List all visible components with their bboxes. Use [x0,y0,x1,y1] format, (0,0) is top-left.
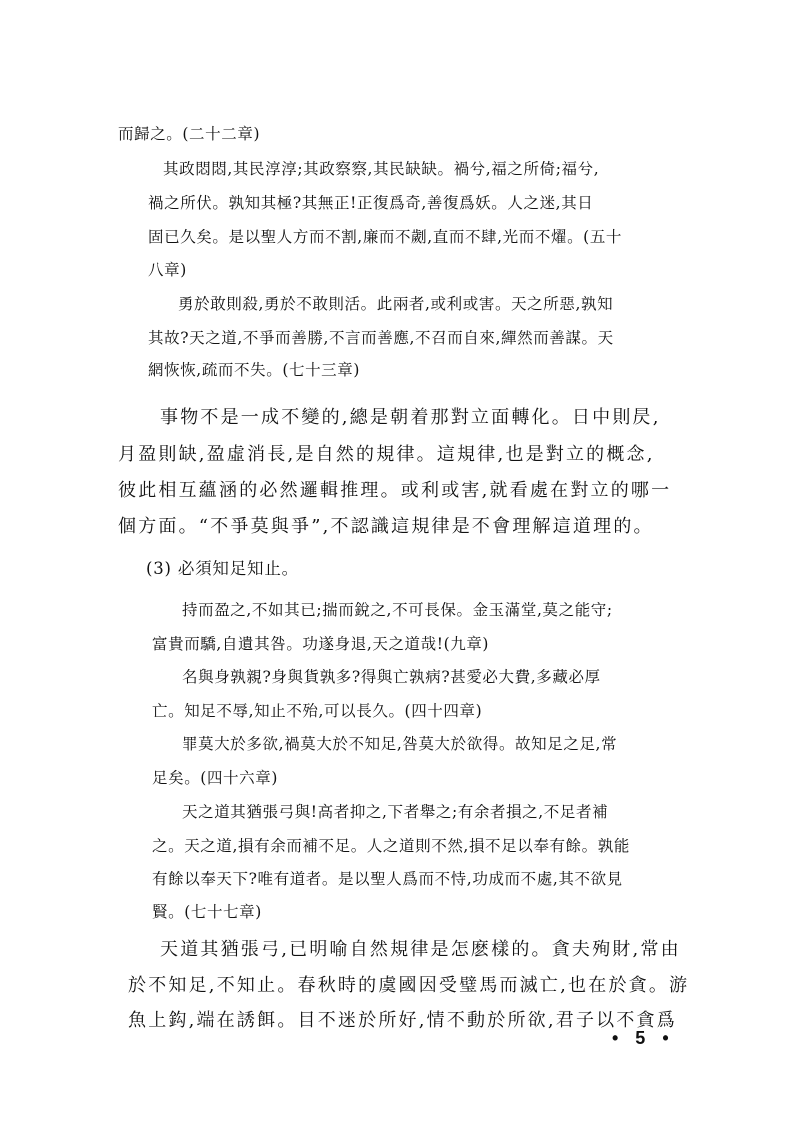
quote-line: 固已久矣。是以聖人方而不割,廉而不劌,直而不肆,光而不燿。(五十 [148,225,622,247]
prose-line: 個方面。“不爭莫與爭”,不認識這規律是不會理解這道理的。 [118,512,654,538]
quote-line: 天之道其猶張弓與!高者抑之,下者舉之;有余者損之,不足者補 [182,800,608,822]
quote-line: 八章) [148,258,187,280]
quote-line: 持而盈之,不如其已;揣而銳之,不可長保。金玉滿堂,莫之能守; [182,598,613,620]
quote-line: 賢。(七十七章) [152,900,262,922]
quote-line: 足矣。(四十六章) [152,766,278,788]
prose-line: 於不知足,不知止。春秋時的虞國因受璧馬而滅亡,也在於貪。游 [128,971,689,997]
quote-line: 名與身孰親?身與貨孰多?得與亡孰病?甚愛必大費,多藏必厚 [182,665,601,687]
quote-line: 而歸之。(二十二章) [118,122,260,144]
prose-line: 天道其猶張弓,已明喻自然規律是怎麽樣的。貪夫殉財,常由 [160,935,681,961]
quote-line: 其政悶悶,其民淳淳;其政察察,其民缺缺。禍兮,福之所倚;福兮, [163,157,599,179]
quote-line: 亡。知足不辱,知止不殆,可以長久。(四十四章) [152,699,482,721]
quote-line: 勇於敢則殺,勇於不敢則活。此兩者,或利或害。天之所惡,孰知 [178,292,613,314]
prose-line: 魚上鈎,端在誘餌。目不迷於所好,情不動於所欲,君子以不貪爲 [128,1006,677,1032]
quote-line: 之。天之道,損有余而補不足。人之道則不然,損不足以奉有餘。孰能 [152,834,630,856]
page-number: • 5 • [612,1028,675,1049]
prose-line: 彼此相互蘊涵的必然邏輯推理。或利或害,就看處在對立的哪一 [118,476,671,502]
quote-line: 禍之所伏。孰知其極?其無正!正復爲奇,善復爲妖。人之迷,其日 [148,191,593,213]
section-heading: (3) 必須知足知止。 [146,555,299,579]
quote-line: 網恢恢,疏而不失。(七十三章) [148,358,360,380]
prose-line: 月盈則缺,盈虛消長,是自然的規律。這規律,也是對立的概念, [118,440,655,466]
quote-line: 有餘以奉天下?唯有道者。是以聖人爲而不恃,功成而不處,其不欲見 [152,867,623,889]
quote-line: 罪莫大於多欲,禍莫大於不知足,咎莫大於欲得。故知足之足,常 [182,732,617,754]
quote-line: 富貴而驕,自遺其咎。功遂身退,天之道哉!(九章) [152,632,489,654]
prose-line: 事物不是一成不變的,總是朝着那對立面轉化。日中則昃, [160,403,661,429]
quote-line: 其故?天之道,不爭而善勝,不言而善應,不召而自來,繟然而善謀。天 [148,326,614,348]
